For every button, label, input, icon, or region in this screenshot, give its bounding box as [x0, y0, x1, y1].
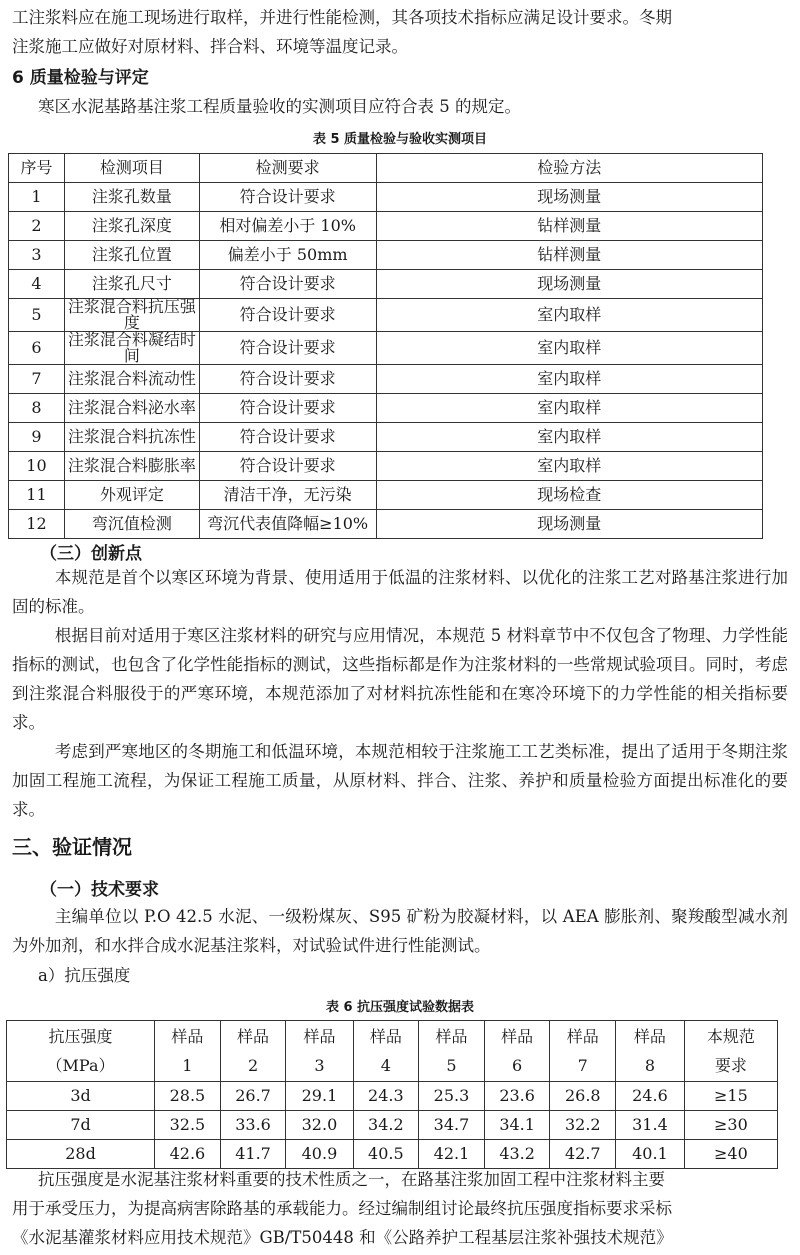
cell: 现场测量 — [376, 510, 762, 539]
header-line: 2 — [248, 1056, 258, 1075]
cell: 24.6 — [616, 1082, 685, 1111]
header-line: 样品 — [567, 1027, 599, 1046]
cell: 弯沉值检测 — [64, 510, 199, 539]
cell: 33.6 — [220, 1111, 286, 1140]
table-row: 28d42.641.740.940.542.143.242.740.1≥40 — [7, 1140, 778, 1169]
cell: 25.3 — [419, 1082, 485, 1111]
cell: 26.7 — [220, 1082, 286, 1111]
header-cell: 检验方法 — [376, 154, 762, 183]
cell: 8 — [9, 394, 65, 423]
cell: 现场检查 — [376, 481, 762, 510]
header-cell: 样品6 — [484, 1021, 550, 1082]
table-row: 6注浆混合料凝结时间符合设计要求室内取样 — [9, 332, 763, 365]
cell: 3d — [7, 1082, 155, 1111]
table-6-compressive-strength: 抗压强度（MPa） 样品1 样品2 样品3 样品4 样品5 样品6 样品7 样品… — [6, 1020, 778, 1169]
cell: 29.1 — [286, 1082, 353, 1111]
header-line: （MPa） — [47, 1056, 115, 1075]
header-cell: 本规范要求 — [684, 1021, 777, 1082]
cell: 偏差小于 50mm — [199, 241, 376, 270]
cell: 相对偏差小于 10% — [199, 212, 376, 241]
cell: 40.1 — [616, 1140, 685, 1169]
cell: 现场测量 — [376, 183, 762, 212]
cell: 34.2 — [353, 1111, 419, 1140]
header-line: 要求 — [715, 1056, 747, 1075]
section-6-heading: 6 质量检验与评定 — [12, 63, 149, 88]
table-6-caption: 表 6 抗压强度试验数据表 — [0, 996, 800, 1015]
intro-line-2: 注浆施工应做好对原材料、拌合料、环境等温度记录。 — [12, 33, 408, 57]
cell: 3 — [9, 241, 65, 270]
cell: 24.3 — [353, 1082, 419, 1111]
table-row: 8注浆混合料泌水率符合设计要求室内取样 — [9, 394, 763, 423]
table-5-quality-inspection: 序号 检测项目 检测要求 检验方法 1注浆孔数量符合设计要求现场测量 2注浆孔深… — [8, 153, 763, 539]
cell: 注浆混合料泌水率 — [64, 394, 199, 423]
table-row: 10注浆混合料膨胀率符合设计要求室内取样 — [9, 452, 763, 481]
header-cell: 样品2 — [220, 1021, 286, 1082]
verification-heading: 三、验证情况 — [12, 831, 132, 860]
cell: 7d — [7, 1111, 155, 1140]
header-cell: 样品4 — [353, 1021, 419, 1082]
cell: ≥30 — [684, 1111, 777, 1140]
cell: 室内取样 — [376, 452, 762, 481]
innovation-heading: （三）创新点 — [40, 539, 142, 564]
section-6-text: 寒区水泥基路基注浆工程质量验收的实测项目应符合表 5 的规定。 — [38, 93, 521, 117]
table-row: 3注浆孔位置偏差小于 50mm钻样测量 — [9, 241, 763, 270]
cell: 符合设计要求 — [199, 452, 376, 481]
cell: 7 — [9, 365, 65, 394]
cell: 现场测量 — [376, 270, 762, 299]
header-line: 样品 — [370, 1027, 402, 1046]
table-row: 5注浆混合料抗压强度符合设计要求室内取样 — [9, 299, 763, 332]
table-row: 7d32.533.632.034.234.734.132.231.4≥30 — [7, 1111, 778, 1140]
header-cell: 序号 — [9, 154, 65, 183]
cell: 41.7 — [220, 1140, 286, 1169]
technical-requirements-heading: （一）技术要求 — [40, 875, 159, 900]
cell: 6 — [9, 332, 65, 365]
cell: 11 — [9, 481, 65, 510]
table-header-row: 序号 检测项目 检测要求 检验方法 — [9, 154, 763, 183]
cell: 弯沉代表值降幅≥10% — [199, 510, 376, 539]
header-cell: 抗压强度（MPa） — [7, 1021, 155, 1082]
cell: 注浆混合料抗冻性 — [64, 423, 199, 452]
cell: 43.2 — [484, 1140, 550, 1169]
cell: 符合设计要求 — [199, 365, 376, 394]
item-a-compressive-strength: a）抗压强度 — [38, 962, 130, 986]
header-line: 样品 — [634, 1027, 666, 1046]
cell: 26.8 — [550, 1082, 616, 1111]
cell: 注浆孔位置 — [64, 241, 199, 270]
table-row: 7注浆混合料流动性符合设计要求室内取样 — [9, 365, 763, 394]
cell: 32.2 — [550, 1111, 616, 1140]
cell: 符合设计要求 — [199, 394, 376, 423]
header-line: 3 — [314, 1056, 324, 1075]
cell: 42.1 — [419, 1140, 485, 1169]
cell: 室内取样 — [376, 365, 762, 394]
header-line: 本规范 — [707, 1027, 755, 1046]
cell: 31.4 — [616, 1111, 685, 1140]
cell: ≥15 — [684, 1082, 777, 1111]
cell: 注浆混合料凝结时间 — [64, 332, 199, 365]
table-row: 11外观评定清洁干净，无污染现场检查 — [9, 481, 763, 510]
header-cell: 样品8 — [616, 1021, 685, 1082]
table-row: 2注浆孔深度相对偏差小于 10%钻样测量 — [9, 212, 763, 241]
cell: 注浆孔数量 — [64, 183, 199, 212]
header-cell: 检测要求 — [199, 154, 376, 183]
header-line: 7 — [578, 1056, 588, 1075]
cell: 23.6 — [484, 1082, 550, 1111]
closing-line-3: 《水泥基灌浆材料应用技术规范》GB/T50448 和《公路养护工程基层注浆补强技… — [12, 1224, 673, 1248]
header-line: 5 — [446, 1056, 456, 1075]
cell: 清洁干净，无污染 — [199, 481, 376, 510]
cell: 注浆混合料流动性 — [64, 365, 199, 394]
cell: 注浆孔深度 — [64, 212, 199, 241]
cell: 5 — [9, 299, 65, 332]
header-line: 样品 — [171, 1027, 203, 1046]
header-cell: 样品5 — [419, 1021, 485, 1082]
cell: 28d — [7, 1140, 155, 1169]
table-header-row: 抗压强度（MPa） 样品1 样品2 样品3 样品4 样品5 样品6 样品7 样品… — [7, 1021, 778, 1082]
cell: 注浆混合料膨胀率 — [64, 452, 199, 481]
cell: 符合设计要求 — [199, 423, 376, 452]
cell: 42.6 — [155, 1140, 221, 1169]
cell: 1 — [9, 183, 65, 212]
cell: 40.5 — [353, 1140, 419, 1169]
cell: 符合设计要求 — [199, 299, 376, 332]
closing-line-2: 用于承受压力，为提高病害除路基的承载能力。经过编制组讨论最终抗压强度指标要求采标 — [12, 1195, 672, 1219]
innovation-paragraph-3: 考虑到严寒地区的冬期施工和低温环境，本规范相较于注浆施工工艺类标准，提出了适用于… — [12, 737, 788, 824]
table-row: 1注浆孔数量符合设计要求现场测量 — [9, 183, 763, 212]
table-row: 12弯沉值检测弯沉代表值降幅≥10%现场测量 — [9, 510, 763, 539]
header-line: 抗压强度 — [49, 1027, 113, 1046]
closing-line-1: 抗压强度是水泥基注浆材料重要的技术性质之一，在路基注浆加固工程中注浆材料主要 — [38, 1166, 665, 1190]
cell: 注浆混合料抗压强度 — [64, 299, 199, 332]
header-line: 样品 — [303, 1027, 335, 1046]
header-cell: 检测项目 — [64, 154, 199, 183]
cell: 42.7 — [550, 1140, 616, 1169]
cell: ≥40 — [684, 1140, 777, 1169]
header-cell: 样品7 — [550, 1021, 616, 1082]
cell: 钻样测量 — [376, 212, 762, 241]
document-page: 工注浆料应在施工现场进行取样，并进行性能检测，其各项技术指标应满足设计要求。冬期… — [0, 0, 800, 1255]
header-line: 4 — [381, 1056, 391, 1075]
cell: 室内取样 — [376, 299, 762, 332]
table-row: 4注浆孔尺寸符合设计要求现场测量 — [9, 270, 763, 299]
cell: 符合设计要求 — [199, 183, 376, 212]
cell: 34.7 — [419, 1111, 485, 1140]
table-row: 9注浆混合料抗冻性符合设计要求室内取样 — [9, 423, 763, 452]
verification-paragraph: 主编单位以 P.O 42.5 水泥、一级粉煤灰、S95 矿粉为胶凝材料，以 AE… — [12, 902, 788, 960]
cell: 符合设计要求 — [199, 332, 376, 365]
cell: 注浆孔尺寸 — [64, 270, 199, 299]
cell: 2 — [9, 212, 65, 241]
header-line: 样品 — [435, 1027, 467, 1046]
cell: 12 — [9, 510, 65, 539]
cell: 4 — [9, 270, 65, 299]
cell: 钻样测量 — [376, 241, 762, 270]
cell: 外观评定 — [64, 481, 199, 510]
cell: 40.9 — [286, 1140, 353, 1169]
header-line: 8 — [645, 1056, 655, 1075]
cell: 28.5 — [155, 1082, 221, 1111]
header-cell: 样品3 — [286, 1021, 353, 1082]
header-line: 样品 — [501, 1027, 533, 1046]
innovation-paragraph-2: 根据目前对适用于寒区注浆材料的研究与应用情况，本规范 5 材料章节中不仅包含了物… — [12, 621, 788, 737]
table-5-caption: 表 5 质量检验与验收实测项目 — [0, 128, 800, 147]
cell: 9 — [9, 423, 65, 452]
intro-line-1: 工注浆料应在施工现场进行取样，并进行性能检测，其各项技术指标应满足设计要求。冬期 — [12, 4, 672, 28]
table-row: 3d28.526.729.124.325.323.626.824.6≥15 — [7, 1082, 778, 1111]
header-cell: 样品1 — [155, 1021, 221, 1082]
header-line: 样品 — [237, 1027, 269, 1046]
header-line: 6 — [512, 1056, 522, 1075]
header-line: 1 — [182, 1056, 192, 1075]
cell: 34.1 — [484, 1111, 550, 1140]
cell: 10 — [9, 452, 65, 481]
innovation-paragraph-1: 本规范是首个以寒区环境为背景、使用适用于低温的注浆材料、以优化的注浆工艺对路基注… — [12, 563, 788, 621]
cell: 室内取样 — [376, 332, 762, 365]
cell: 室内取样 — [376, 394, 762, 423]
cell: 室内取样 — [376, 423, 762, 452]
cell: 32.5 — [155, 1111, 221, 1140]
cell: 符合设计要求 — [199, 270, 376, 299]
cell: 32.0 — [286, 1111, 353, 1140]
